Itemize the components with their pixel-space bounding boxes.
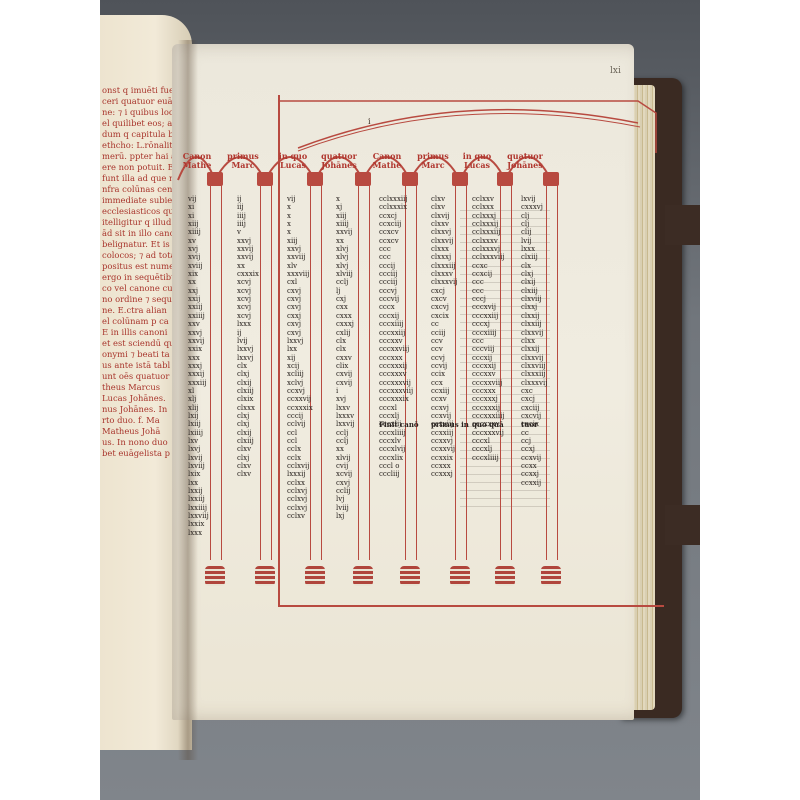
canon-column-johannes-2: lxvijcxxxvjcljcljclijlvijlxxxclxiijclxcl…	[521, 195, 547, 487]
canon-entry: lxvj	[188, 445, 209, 453]
canon-entry: cccxlix	[379, 454, 413, 462]
canon-entry: cxciij	[521, 404, 547, 412]
canon-entry: clij	[521, 228, 547, 236]
canon-entry: xij	[287, 354, 313, 362]
canon-entry: lxxx	[237, 320, 259, 328]
canon-entry: xxx	[188, 354, 209, 362]
canon-entry: xvj	[336, 395, 355, 403]
canon-entry: ccxc	[472, 262, 505, 270]
canon-entry: cccxl	[379, 404, 413, 412]
canon-entry: clxxx	[237, 404, 259, 412]
canon-entry: ccxiij	[431, 387, 457, 395]
canon-entry: lxix	[188, 470, 209, 478]
canon-entry: lxiiij	[188, 429, 209, 437]
canon-entry: cc	[431, 320, 457, 328]
canon-entry: xxxij	[188, 370, 209, 378]
canon-entry: cclx	[287, 454, 313, 462]
canon-entry: ccxvj	[287, 387, 313, 395]
canon-entry: cccxlj	[472, 445, 505, 453]
canon-entry: xxix	[188, 345, 209, 353]
canon-entry: xclvj	[287, 379, 313, 387]
canon-entry: ccciij	[379, 278, 413, 286]
canon-entry: xx	[237, 262, 259, 270]
canon-entry: clxiij	[521, 287, 547, 295]
canon-entry: cccxxxix	[379, 395, 413, 403]
canon-entry: cccxiiij	[379, 320, 413, 328]
column-header: quatuorJohānes	[500, 152, 550, 170]
header-line: Marc	[408, 161, 458, 170]
canon-entry: clxxj	[521, 303, 547, 311]
pillar-base	[255, 566, 275, 586]
canon-entry: cclij	[336, 487, 355, 495]
canon-entry: clxv	[237, 445, 259, 453]
pillar-base	[400, 566, 420, 586]
canon-entry: cccxxxj	[472, 395, 505, 403]
canon-entry: cccxlv	[379, 437, 413, 445]
canon-entry: cxvj	[287, 295, 313, 303]
canon-entry: lxxiij	[188, 495, 209, 503]
canon-entry: x	[287, 203, 313, 211]
canon-entry: clx	[336, 337, 355, 345]
canon-entry: clxxviij	[521, 362, 547, 370]
canon-entry: lxviij	[188, 462, 209, 470]
canon-entry: clxj	[237, 370, 259, 378]
canon-entry: xvij	[188, 253, 209, 261]
canon-entry: xx	[336, 237, 355, 245]
canon-entry: lxxvj	[237, 345, 259, 353]
header-line: Lucas	[452, 161, 502, 170]
canon-entry: ccl	[287, 429, 313, 437]
canon-entry: lxxv	[336, 404, 355, 412]
pillar-base	[305, 566, 325, 586]
pillar-base	[353, 566, 373, 586]
canon-entry: xiij	[188, 220, 209, 228]
canon-entry: xxij	[188, 295, 209, 303]
canon-entry: xlv	[287, 262, 313, 270]
canon-entry: xxvij	[237, 245, 259, 253]
canon-entry: clxv	[237, 462, 259, 470]
header-line: Marc	[218, 161, 268, 170]
header-line: Mathe	[172, 161, 222, 170]
canon-entry: cxvj	[287, 329, 313, 337]
canon-entry: cxxxix	[237, 270, 259, 278]
canon-entry: ccvj	[431, 354, 457, 362]
canon-entry: cclx	[287, 445, 313, 453]
canon-entry: xlj	[188, 395, 209, 403]
canon-entry: vij	[188, 195, 209, 203]
canon-entry: lxxix	[188, 520, 209, 528]
canon-entry: lviij	[336, 504, 355, 512]
canon-entry: cccx	[379, 303, 413, 311]
canon-entry: cclxxv	[472, 195, 505, 203]
canon-entry: ccxxvij	[287, 395, 313, 403]
canon-entry: x	[287, 220, 313, 228]
canon-entry: clxv	[237, 470, 259, 478]
canon-entry: cclxxxix	[379, 203, 413, 211]
canon-entry: cclxv	[287, 512, 313, 520]
canon-entry: ccxvj	[431, 404, 457, 412]
canon-entry: lxxvj	[237, 354, 259, 362]
canon-entry: cxxxj	[336, 320, 355, 328]
column-footer: Finit canō	[379, 420, 419, 429]
canon-entry: cccij	[287, 412, 313, 420]
canon-entry: xxxiij	[188, 379, 209, 387]
canon-entry: ccxj	[521, 445, 547, 453]
canon-entry: lxj	[336, 512, 355, 520]
canon-entry: iiij	[237, 220, 259, 228]
canon-entry: cccl o	[379, 462, 413, 470]
canon-entry: clxiij	[521, 253, 547, 261]
canon-entry: cxvj	[287, 303, 313, 311]
canon-entry: xj	[336, 203, 355, 211]
pillar-base	[205, 566, 225, 586]
canon-entry: lxxxv	[336, 412, 355, 420]
pillar-base	[450, 566, 470, 586]
header-line: Lucas	[268, 161, 318, 170]
canon-entry: xxvj	[287, 245, 313, 253]
pillar-capital	[402, 172, 418, 186]
canon-entry: xcvj	[237, 312, 259, 320]
canon-entry: xxxviij	[287, 270, 313, 278]
column-header: CanonMathe	[362, 152, 412, 170]
canon-entry: cxxxvj	[521, 203, 547, 211]
book-clasp-lower	[665, 505, 700, 545]
pillar	[210, 185, 222, 560]
canon-entry: xiiij	[188, 228, 209, 236]
canon-entry: cccxxv	[472, 370, 505, 378]
canon-entry: cxc	[521, 387, 547, 395]
canon-entry: clxxvij	[521, 354, 547, 362]
canon-entry: xxvij	[336, 228, 355, 236]
canon-entry: clxix	[237, 395, 259, 403]
canon-entry: cxvij	[336, 370, 355, 378]
canon-entry: clxxxvij	[521, 379, 547, 387]
pillar-base	[541, 566, 561, 586]
canon-entry: ccj	[521, 437, 547, 445]
canon-entry: ccxxvj	[431, 437, 457, 445]
canon-entry: xx	[336, 445, 355, 453]
pillar-capital	[543, 172, 559, 186]
canon-entry: xxvj	[237, 237, 259, 245]
canon-entry: clxxiij	[521, 320, 547, 328]
canon-entry: cxcvj	[431, 303, 457, 311]
canon-entry: ij	[237, 329, 259, 337]
canon-entry: xviij	[188, 262, 209, 270]
canon-entry: ccv	[431, 337, 457, 345]
canon-entry: xcij	[287, 362, 313, 370]
canon-entry: cxlij	[336, 329, 355, 337]
canon-entry: cciij	[431, 329, 457, 337]
pillar-capital	[307, 172, 323, 186]
canon-entry: cxcj	[521, 395, 547, 403]
canon-entry: ccxxx	[431, 462, 457, 470]
canon-entry: xxxj	[188, 362, 209, 370]
canon-entry: cccvij	[379, 295, 413, 303]
canon-entry: cccxxx	[472, 387, 505, 395]
canon-entry: cccxl	[472, 437, 505, 445]
canon-entry: ccxx	[521, 462, 547, 470]
canon-entry: xcvj	[237, 295, 259, 303]
canon-entry: lxvij	[521, 195, 547, 203]
canon-entry: ccvij	[431, 362, 457, 370]
canon-entry: cxx	[336, 303, 355, 311]
canon-column-matheus-2: cclxxxiijcclxxxixccxcjccxciijccxcvccxcvc…	[379, 195, 413, 479]
canon-entry: cxcix	[431, 312, 457, 320]
canon-entry: ccl	[287, 437, 313, 445]
header-line: Johānes	[314, 161, 364, 170]
canon-entry: clxij	[237, 429, 259, 437]
pillar-capital	[257, 172, 273, 186]
canon-entry: iij	[237, 203, 259, 211]
canon-entry: clxviij	[521, 295, 547, 303]
pillar-capital	[452, 172, 468, 186]
canon-entry: cccxiiij	[472, 329, 505, 337]
pillar-base	[495, 566, 515, 586]
canon-entry: ccxv	[431, 395, 457, 403]
column-header: in quoLucas	[452, 152, 502, 170]
canon-entry: lxx	[287, 345, 313, 353]
canon-entry: cclxxxj	[472, 212, 505, 220]
canon-entry: xcliij	[287, 370, 313, 378]
canon-entry: xxiij	[188, 303, 209, 311]
canon-entry: lxxx	[521, 245, 547, 253]
canon-entry: cccxxiij	[379, 329, 413, 337]
canon-entry: cccvj	[379, 287, 413, 295]
canon-entry: cccxij	[379, 312, 413, 320]
canon-entry: cccxxxvij	[379, 379, 413, 387]
canon-entry: cxvj	[287, 287, 313, 295]
canon-entry: xiiij	[336, 220, 355, 228]
canon-entry: xcvj	[237, 287, 259, 295]
canon-entry: cclxx	[287, 479, 313, 487]
canon-entry: cclj	[336, 278, 355, 286]
canon-entry: cxxv	[336, 354, 355, 362]
canon-entry: ccxcv	[379, 228, 413, 236]
canon-entry: clxv	[431, 203, 457, 211]
canon-entry: cccxliiij	[472, 454, 505, 462]
canon-column-marcus-1: ijiijiiijiiijvxxvjxxvijxxvijxxcxxxixxcvj…	[237, 195, 259, 479]
canon-entry: xxvj	[188, 329, 209, 337]
canon-entry: clxxij	[521, 345, 547, 353]
column-header: CanonMathe	[172, 152, 222, 170]
canon-entry: clxiij	[237, 387, 259, 395]
canon-entry: lxxvij	[336, 420, 355, 428]
canon-entry: ccxvij	[521, 454, 547, 462]
canon-entry: lxvij	[188, 454, 209, 462]
canon-entry: ccxxiij	[431, 429, 457, 437]
canon-entry: x	[336, 195, 355, 203]
canon-entry: xxvij	[188, 337, 209, 345]
canon-entry: lxxx	[188, 529, 209, 537]
canon-entry: lxx	[188, 479, 209, 487]
canon-entry: cxxx	[336, 312, 355, 320]
canon-entry: clxij	[237, 379, 259, 387]
canon-entry: cclxxxviij	[472, 253, 505, 261]
canon-entry: xvj	[188, 245, 209, 253]
canon-entry: cclxvj	[287, 495, 313, 503]
folio-number: lxi	[610, 66, 621, 76]
canon-entry: cccxxij	[472, 362, 505, 370]
canon-column-lucas-1: vijxxxxxiijxxvjxxviijxlvxxxviijcxlcxvjcx…	[287, 195, 313, 520]
canon-entry: cclxxxiij	[472, 228, 505, 236]
column-header: in quoLucas	[268, 152, 318, 170]
canon-entry: cccxvij	[472, 303, 505, 311]
canon-entry: ccxcij	[472, 270, 505, 278]
canon-entry: lxv	[188, 437, 209, 445]
canon-entry: ccc	[379, 245, 413, 253]
canon-entry: lvij	[237, 337, 259, 345]
canon-entry: cclxvj	[287, 487, 313, 495]
canon-entry: cclxvij	[287, 462, 313, 470]
canon-entry: cccxxxij	[379, 362, 413, 370]
canon-entry: xxviij	[287, 253, 313, 261]
canon-entry: clxj	[521, 270, 547, 278]
canon-entry: cclxvj	[287, 504, 313, 512]
canon-entry: cclxxx	[472, 203, 505, 211]
canon-entry: cccj	[472, 295, 505, 303]
canon-entry: cccxxv	[379, 337, 413, 345]
canon-entry: xi	[188, 203, 209, 211]
canon-entry: ccxxix	[431, 454, 457, 462]
canon-entry: cvij	[336, 462, 355, 470]
canon-entry: clxj	[237, 412, 259, 420]
canon-entry: xxiiij	[188, 312, 209, 320]
canon-entry: ccc	[472, 278, 505, 286]
canon-entry: cccliij	[379, 470, 413, 478]
canon-entry: xx	[188, 278, 209, 286]
canon-entry: ccc	[472, 337, 505, 345]
canon-entry: xi	[188, 212, 209, 220]
canon-entry: ccix	[431, 370, 457, 378]
canon-entry: ccxcj	[379, 212, 413, 220]
canon-entry: xlvij	[336, 454, 355, 462]
canon-entry: cclxxxvj	[472, 245, 505, 253]
canon-entry: lj	[336, 287, 355, 295]
canon-entry: cccij	[379, 262, 413, 270]
canon-entry: ccxcv	[379, 237, 413, 245]
canon-column-matheus-1: vijxixixiijxiiijxvxvjxvijxviijxixxxxxjxx…	[188, 195, 209, 537]
canon-entry: clxxxv	[431, 270, 457, 278]
canon-entry: xlij	[188, 404, 209, 412]
canon-entry: clxx	[521, 337, 547, 345]
canon-entry: cccxxxij	[472, 404, 505, 412]
canon-column-marcus-2: clxvclxvclxvijclxxvclxxvjclxxvijclxxxclx…	[431, 195, 457, 479]
canon-entry: ccxciij	[379, 220, 413, 228]
canon-entry: cccxxx	[379, 354, 413, 362]
canon-entry: ccxxxix	[287, 404, 313, 412]
pillar	[358, 185, 370, 560]
pillar	[546, 185, 558, 560]
canon-entry: xcvij	[336, 470, 355, 478]
canon-entry: cccxliiij	[379, 429, 413, 437]
canon-entry: cccxxxv	[379, 370, 413, 378]
canon-entry: clxxv	[431, 220, 457, 228]
canon-entry: cclxxxv	[472, 237, 505, 245]
header-line: Johānes	[500, 161, 550, 170]
column-header: primusMarc	[408, 152, 458, 170]
canon-entry: lvij	[521, 237, 547, 245]
canon-entry: clix	[336, 362, 355, 370]
canon-entry: ccx	[431, 379, 457, 387]
canon-entry: cxvj	[336, 479, 355, 487]
canon-entry: clj	[521, 220, 547, 228]
canon-entry: clxj	[237, 454, 259, 462]
canon-entry: i	[336, 387, 355, 395]
book-clasp-upper	[665, 205, 700, 245]
canon-entry: clxiij	[237, 437, 259, 445]
canon-entry: xlviij	[336, 270, 355, 278]
canon-entry: xcvj	[237, 278, 259, 286]
canon-entry: xxj	[188, 287, 209, 295]
canon-entry: ccv	[431, 345, 457, 353]
canon-entry: cccxxviij	[379, 345, 413, 353]
canon-entry: cc	[521, 429, 547, 437]
header-line: Mathe	[362, 161, 412, 170]
canon-entry: xlvj	[336, 253, 355, 261]
canon-entry: ccc	[379, 253, 413, 261]
canon-entry: v	[237, 228, 259, 236]
column-footer: quo quā	[472, 420, 504, 429]
canon-entry: clxxij	[521, 312, 547, 320]
canon-entry: ij	[237, 195, 259, 203]
canon-entry: ccxxj	[521, 470, 547, 478]
canon-entry: clxxxiij	[431, 262, 457, 270]
canon-entry: ccc	[472, 287, 505, 295]
canon-entry: lxxiiij	[188, 504, 209, 512]
canon-entry: iiij	[237, 212, 259, 220]
canon-entry: ccxxij	[521, 479, 547, 487]
canon-entry: clx	[521, 262, 547, 270]
canon-entry: lxxvj	[287, 337, 313, 345]
canon-entry: cclxxxij	[472, 220, 505, 228]
canon-entry: xiij	[287, 237, 313, 245]
canon-entry: clxxvij	[521, 329, 547, 337]
canon-entry: clx	[336, 345, 355, 353]
canon-entry: cxvij	[336, 379, 355, 387]
canon-entry: cxcj	[431, 287, 457, 295]
canon-entry: cclj	[336, 437, 355, 445]
column-footer: tuor	[521, 420, 538, 429]
canon-entry: cccxxviij	[472, 379, 505, 387]
canon-entry: lxxxij	[287, 470, 313, 478]
canon-entry: vij	[287, 195, 313, 203]
canon-entry: xl	[188, 387, 209, 395]
column-footer: primus in	[431, 420, 469, 429]
pillar-capital	[355, 172, 371, 186]
canon-entry: clxv	[431, 195, 457, 203]
pillar-capital	[207, 172, 223, 186]
canon-entry: clx	[237, 362, 259, 370]
canon-entry: cclxxxiij	[379, 195, 413, 203]
canon-entry: cxxj	[287, 312, 313, 320]
canon-entry: lvj	[336, 495, 355, 503]
pillar	[260, 185, 272, 560]
canon-entry: cxvj	[287, 320, 313, 328]
canon-entry: cccxlvij	[379, 445, 413, 453]
canon-entry: xlvj	[336, 245, 355, 253]
canon-entry: x	[287, 212, 313, 220]
canon-entry: cccxj	[472, 320, 505, 328]
canon-entry: xxvij	[237, 253, 259, 261]
canon-entry: clxxxvij	[431, 278, 457, 286]
canon-entry: x	[287, 228, 313, 236]
canon-entry: ccxxvij	[431, 445, 457, 453]
canon-entry: clxxvij	[431, 237, 457, 245]
canon-entry: cccxxxviij	[379, 387, 413, 395]
canon-entry: cxl	[287, 278, 313, 286]
canon-entry: lxxviij	[188, 512, 209, 520]
canon-entry: clxij	[521, 278, 547, 286]
